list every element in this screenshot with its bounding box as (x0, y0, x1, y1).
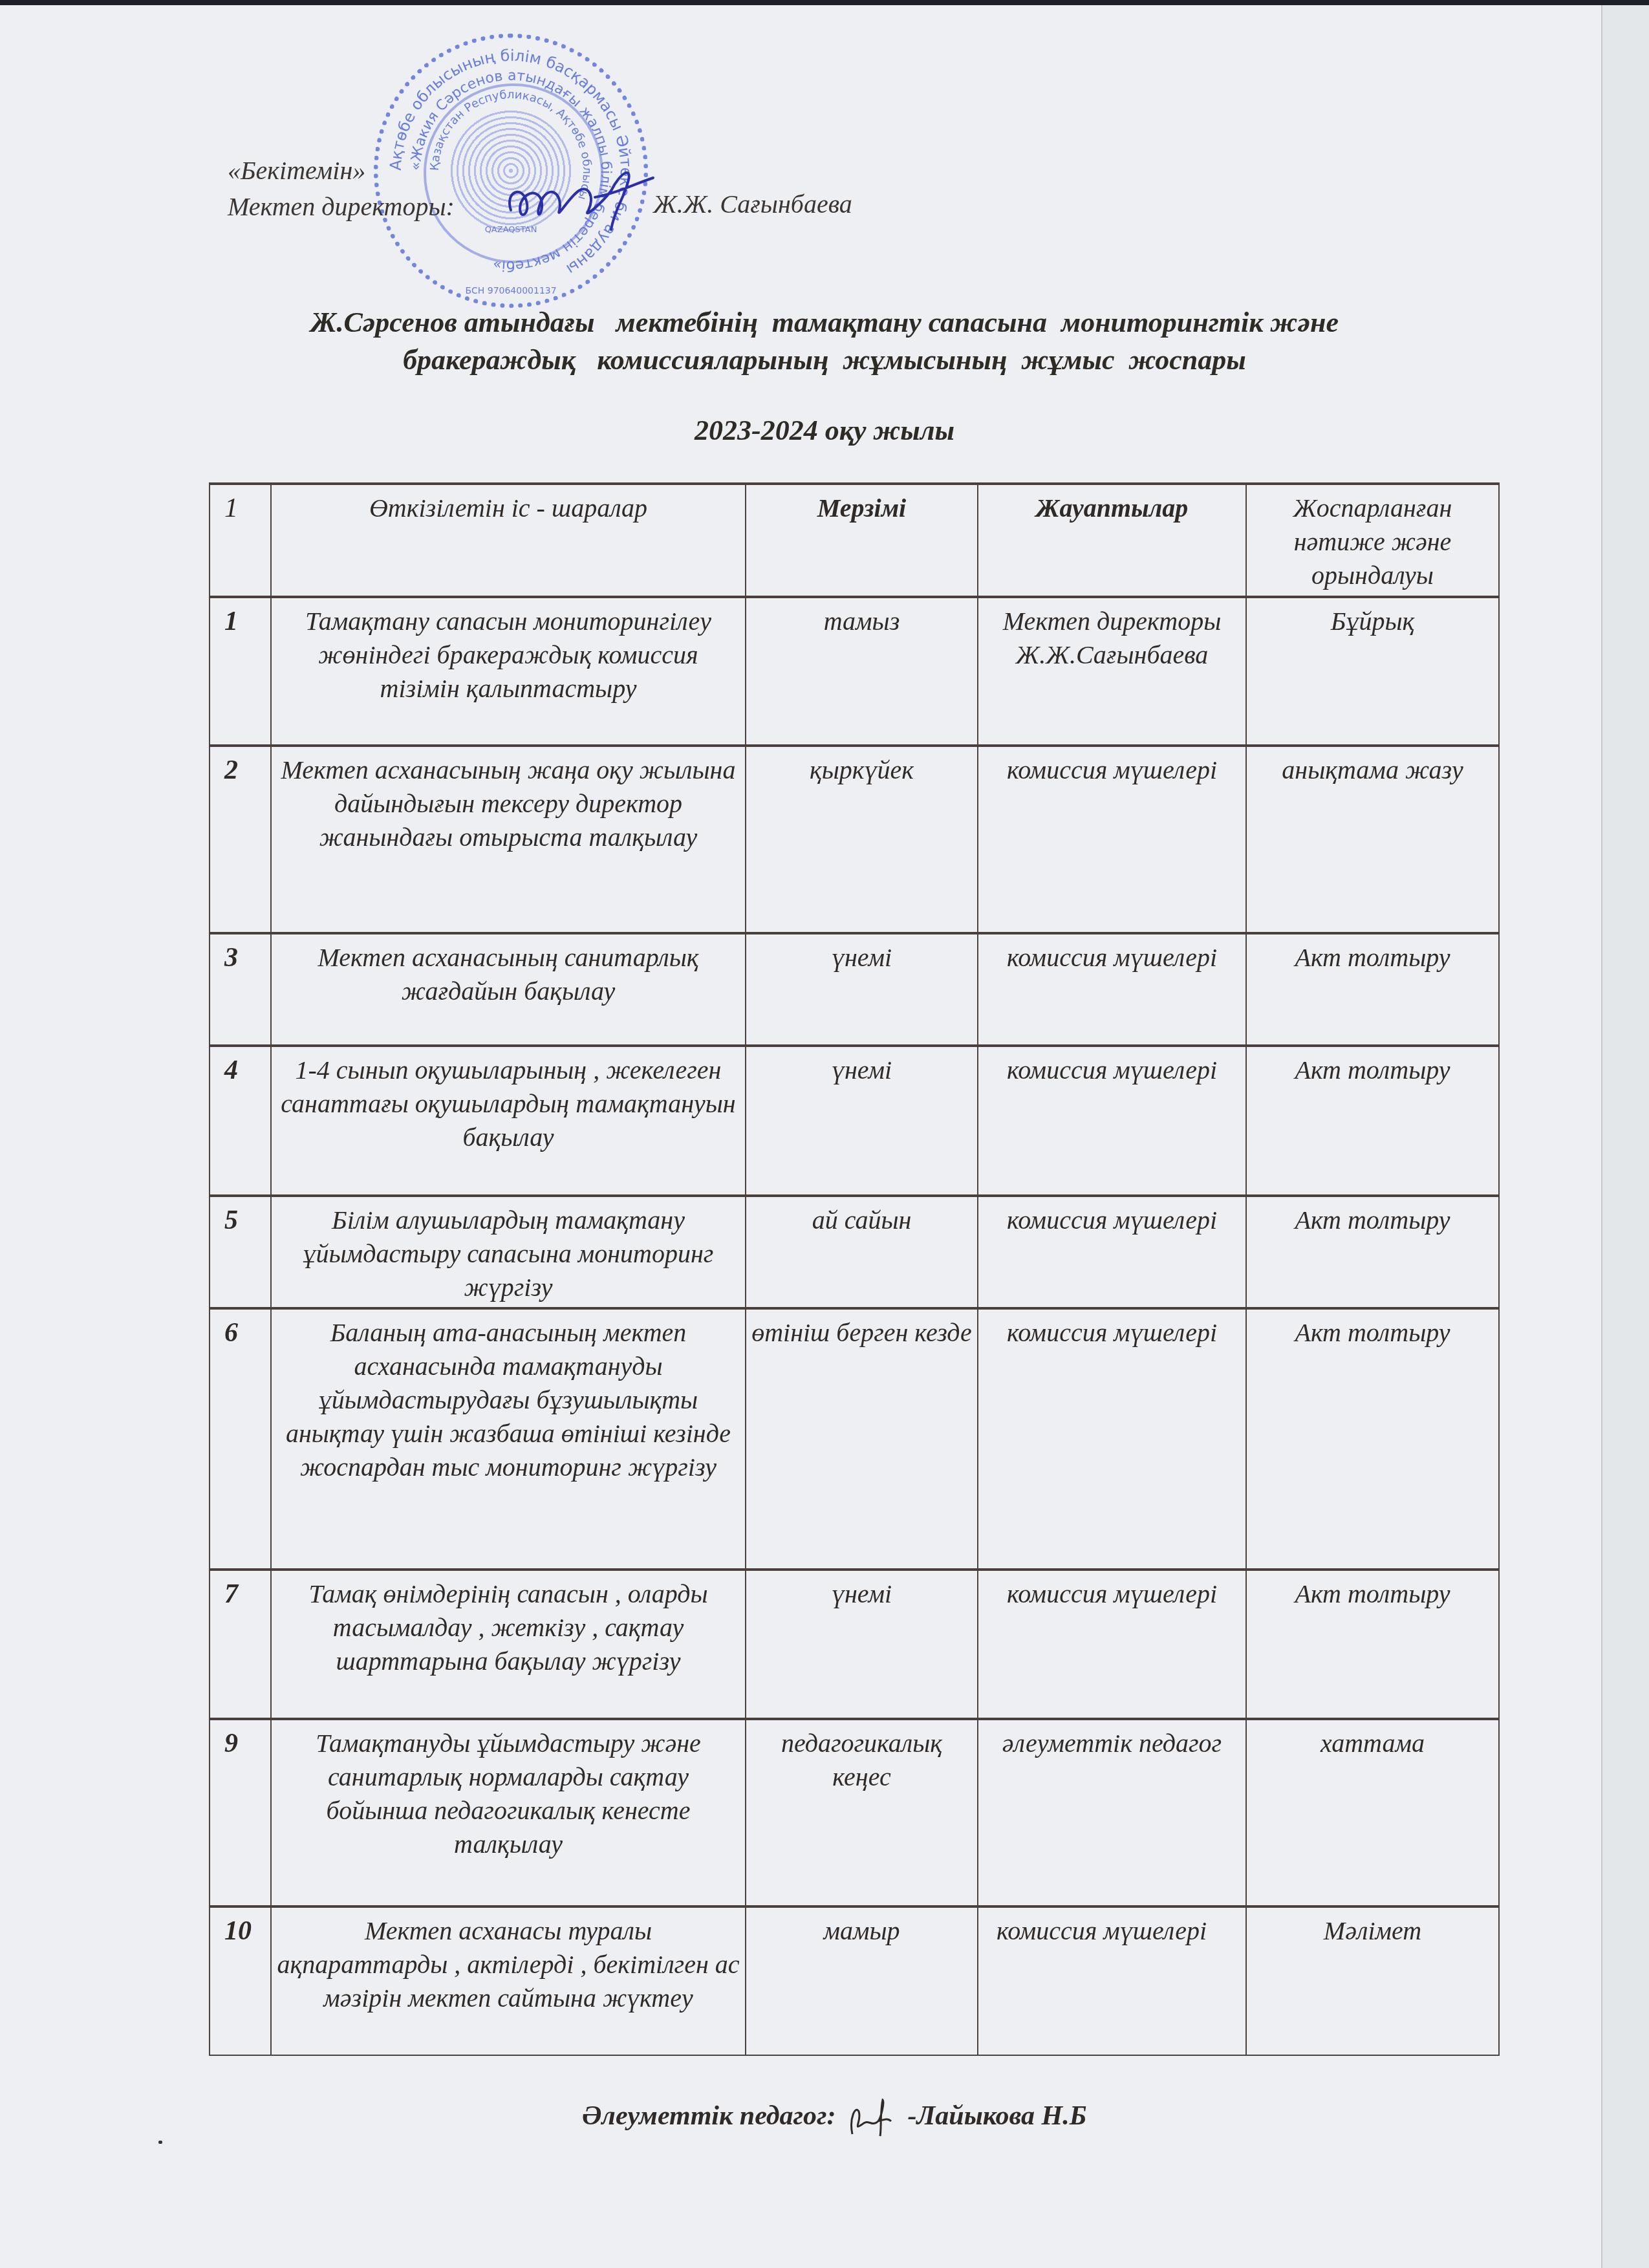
row-number: 6 (210, 1308, 271, 1570)
row-activity: Білім алушылардың тамақтану ұйымдастыру … (271, 1196, 746, 1308)
footer-name: -Лайыкова Н.Б (908, 2101, 1087, 2131)
row-activity: Мектеп асханасының санитарлық жағдайын б… (271, 933, 746, 1046)
row-deadline: қыркүйек (746, 746, 978, 933)
scan-speck (158, 2141, 162, 2144)
row-number: 2 (210, 746, 271, 933)
row-result: Акт толтыру (1246, 1570, 1499, 1719)
row-activity: Мектеп асханасы туралы ақпараттарды , ак… (271, 1906, 746, 2055)
work-plan-table: 1 Өткізілетін іс - шаралар Мерзімі Жауап… (209, 482, 1500, 2056)
header-activity: Өткізілетін іс - шаралар (271, 484, 746, 597)
header-responsible: Жауаптылар (978, 484, 1246, 597)
table-row: 2Мектеп асханасының жаңа оқу жылына дайы… (210, 746, 1499, 933)
table-row: 10Мектеп асханасы туралы ақпараттарды , … (210, 1906, 1499, 2055)
table-row: 1Тамақтану сапасын мониторингілеу жөнінд… (210, 597, 1499, 746)
approve-label: «Бекітемін» (228, 153, 455, 189)
row-deadline: педагогикалық кеңес (746, 1719, 978, 1906)
row-activity: Тамақтануды ұйымдастыру және санитарлық … (271, 1719, 746, 1906)
director-name: Ж.Ж. Сағынбаева (653, 189, 852, 219)
row-result: анықтама жазу (1246, 746, 1499, 933)
row-number: 7 (210, 1570, 271, 1719)
row-activity: Мектеп асханасының жаңа оқу жылына дайын… (271, 746, 746, 933)
header-number: 1 (210, 484, 271, 597)
row-result: хаттама (1246, 1719, 1499, 1906)
row-activity: 1-4 сынып оқушыларының , жекелеген санат… (271, 1046, 746, 1196)
table-row: 3Мектеп асханасының санитарлық жағдайын … (210, 933, 1499, 1046)
pedagog-signature-icon (843, 2099, 901, 2137)
row-responsible: Мектеп директоры Ж.Ж.Сағынбаева (978, 597, 1246, 746)
row-responsible: әлеуметтік педагог (978, 1719, 1246, 1906)
table-row: 5Білім алушылардың тамақтану ұйымдастыру… (210, 1196, 1499, 1308)
row-activity: Тамақ өнімдерінің сапасын , оларды тасым… (271, 1570, 746, 1719)
table-row: 9Тамақтануды ұйымдастыру және санитарлық… (210, 1719, 1499, 1906)
scan-page-shadow (1601, 5, 1649, 2268)
director-label: Мектеп директоры: (228, 189, 455, 225)
row-deadline: үнемі (746, 933, 978, 1046)
title-line-2: бракераждық комиссияларының жұмысының жұ… (194, 341, 1455, 379)
row-responsible: комиссия мүшелері (978, 746, 1246, 933)
table-row: 7Тамақ өнімдерінің сапасын , оларды тасы… (210, 1570, 1499, 1719)
row-activity: Тамақтану сапасын мониторингілеу жөнінде… (271, 597, 746, 746)
row-result: Акт толтыру (1246, 1308, 1499, 1570)
row-activity: Баланың ата-анасының мектеп асханасында … (271, 1308, 746, 1570)
document-title: Ж.Сәрсенов атындағы мектебінің тамақтану… (194, 304, 1455, 379)
approval-block: «Бекітемін» Мектеп директоры: (228, 153, 455, 225)
footer-signature-line: Әлеуметтік педагог: -Лайыкова Н.Б (582, 2099, 1086, 2137)
row-number: 5 (210, 1196, 271, 1308)
row-responsible: комиссия мүшелері (978, 933, 1246, 1046)
row-deadline: тамыз (746, 597, 978, 746)
row-number: 9 (210, 1719, 271, 1906)
row-number: 10 (210, 1906, 271, 2055)
table-row: 6Баланың ата-анасының мектеп асханасында… (210, 1308, 1499, 1570)
row-deadline: ай сайын (746, 1196, 978, 1308)
table-row: 41-4 сынып оқушыларының , жекелеген сана… (210, 1046, 1499, 1196)
row-number: 3 (210, 933, 271, 1046)
row-responsible: комиссия мүшелері (978, 1046, 1246, 1196)
director-signature-icon (498, 158, 666, 236)
title-line-1: Ж.Сәрсенов атындағы мектебінің тамақтану… (194, 304, 1455, 341)
row-deadline: мамыр (746, 1906, 978, 2055)
row-deadline: өтініш берген кезде (746, 1308, 978, 1570)
row-result: Бұйрық (1246, 597, 1499, 746)
row-responsible: комиссия мүшелері (978, 1196, 1246, 1308)
header-deadline: Мерзімі (746, 484, 978, 597)
row-result: Акт толтыру (1246, 933, 1499, 1046)
row-number: 1 (210, 597, 271, 746)
row-result: Акт толтыру (1246, 1196, 1499, 1308)
table-header-row: 1 Өткізілетін іс - шаралар Мерзімі Жауап… (210, 484, 1499, 597)
scan-top-edge (0, 0, 1649, 5)
row-responsible: комиссия мүшелері (978, 1906, 1246, 2055)
stamp-id-text: БСН 970640001137 (465, 286, 556, 296)
academic-year: 2023-2024 оқу жылы (194, 414, 1455, 447)
footer-role-label: Әлеуметтік педагог: (582, 2101, 836, 2131)
row-result: Мәлімет (1246, 1906, 1499, 2055)
row-deadline: үнемі (746, 1570, 978, 1719)
row-number: 4 (210, 1046, 271, 1196)
row-deadline: үнемі (746, 1046, 978, 1196)
row-result: Акт толтыру (1246, 1046, 1499, 1196)
row-responsible: комиссия мүшелері (978, 1570, 1246, 1719)
header-result: Жоспарланған нәтиже және орындалуы (1246, 484, 1499, 597)
row-responsible: комиссия мүшелері (978, 1308, 1246, 1570)
